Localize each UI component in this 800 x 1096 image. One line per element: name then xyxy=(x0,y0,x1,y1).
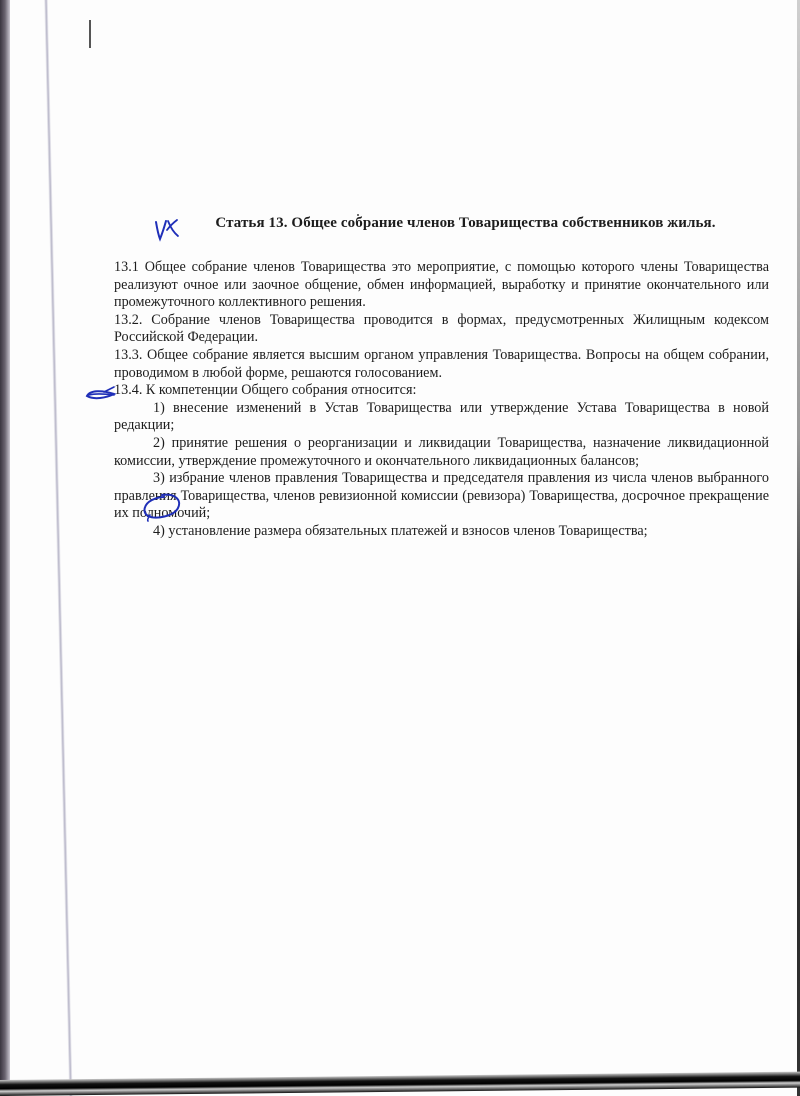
competence-item-1: 1) внесение изменений в Устав Товарищест… xyxy=(114,400,769,435)
scan-left-border xyxy=(0,0,10,1096)
page-fold-line xyxy=(44,0,73,1096)
document-body: Статья 13. Общее собрание членов Товарищ… xyxy=(114,213,769,541)
paragraph-13-2: 13.2. Собрание членов Товарищества прово… xyxy=(114,312,769,347)
handwritten-pointer-icon xyxy=(84,385,118,403)
article-title: Статья 13. Общее собрание членов Товарищ… xyxy=(162,213,769,233)
competence-item-4: 4) установление размера обязательных пла… xyxy=(114,523,769,541)
competence-item-3: 3) избрание членов правления Товариществ… xyxy=(114,470,769,523)
competence-item-2: 2) принятие решения о реорганизации и ли… xyxy=(114,435,769,470)
margin-tick-mark xyxy=(89,20,91,48)
paragraph-13-3: 13.3. Общее собрание является высшим орг… xyxy=(114,347,769,382)
paragraph-13-1: 13.1 Общее собрание членов Товарищества … xyxy=(114,259,769,312)
paragraph-13-4: 13.4. К компетенции Общего собрания отно… xyxy=(114,382,769,400)
scan-bottom-border xyxy=(0,1072,800,1096)
scanned-page: Статья 13. Общее собрание членов Товарищ… xyxy=(0,0,800,1096)
